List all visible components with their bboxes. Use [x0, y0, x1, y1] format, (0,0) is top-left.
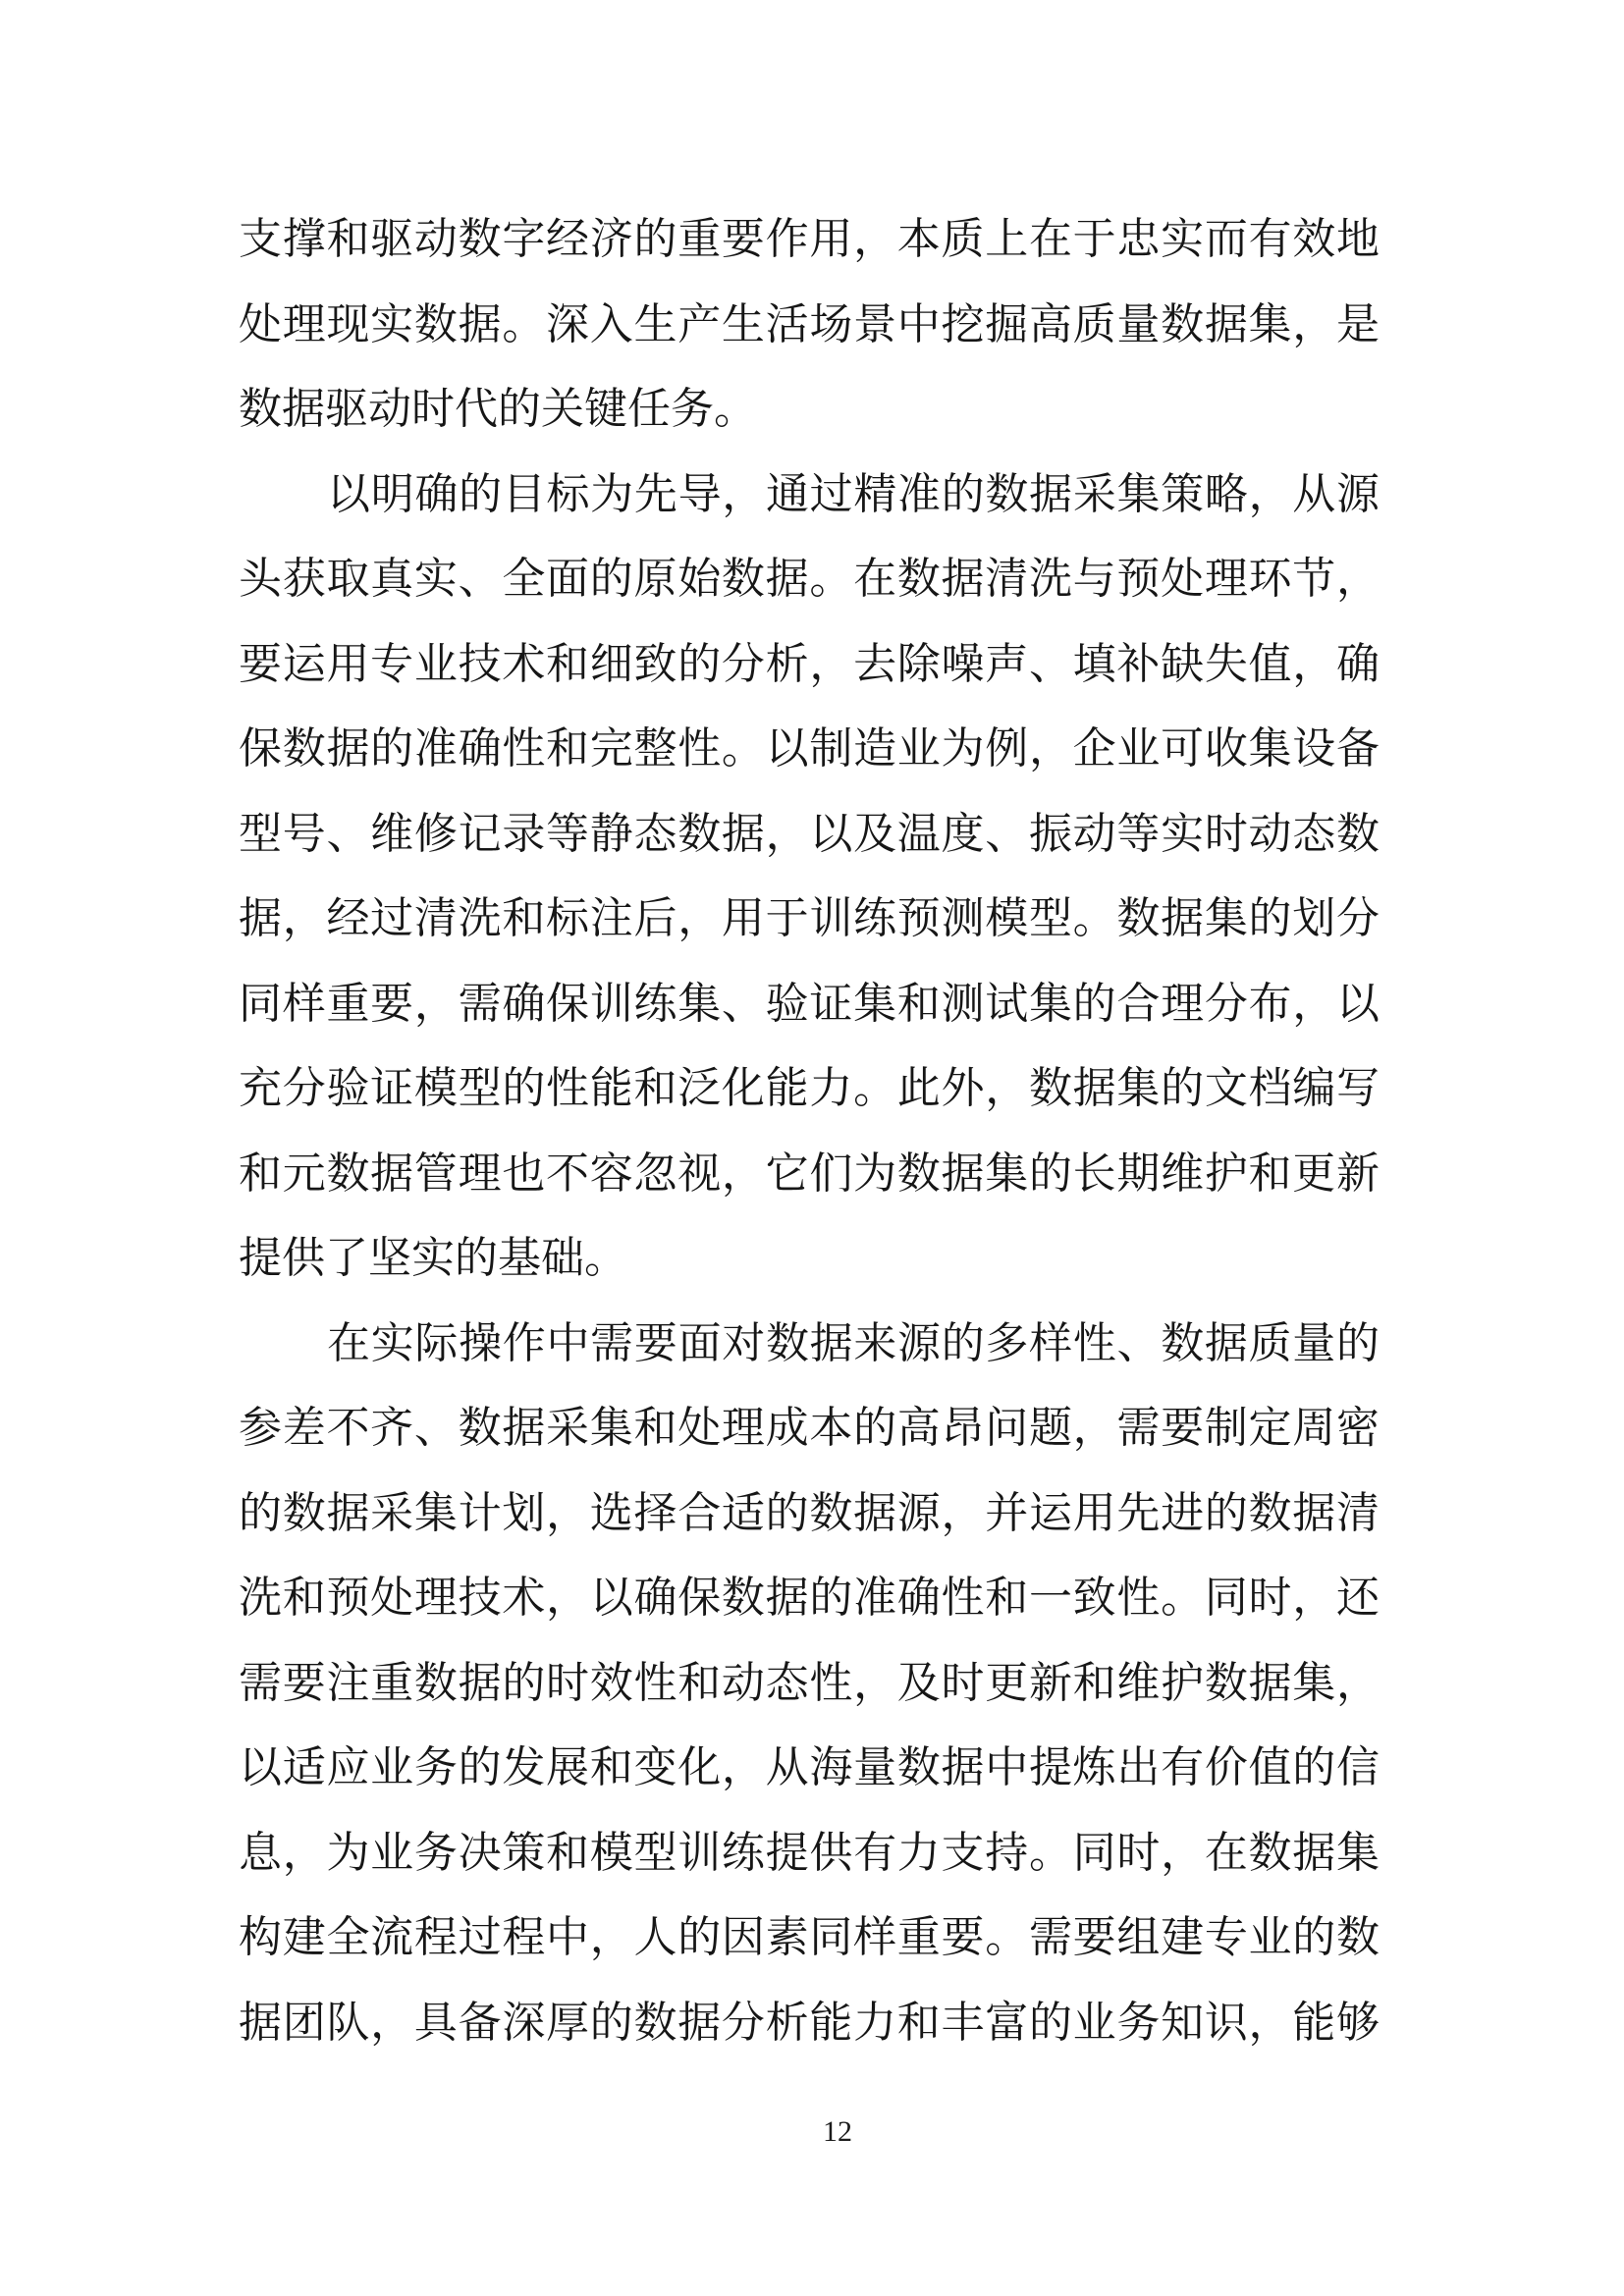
text-line: 要运用专业技术和细致的分析，去除噪声、填补缺失值，确: [239, 622, 1380, 708]
paragraph-2: 以明确的目标为先导，通过精准的数据采集策略，从源 头获取真实、全面的原始数据。在…: [239, 453, 1380, 1302]
text-line: 的数据采集计划，选择合适的数据源，并运用先进的数据清: [239, 1471, 1380, 1557]
text-line: 构建全流程过程中，人的因素同样重要。需要组建专业的数: [239, 1896, 1380, 1981]
text-line: 同样重要，需确保训练集、验证集和测试集的合理分布，以: [239, 962, 1380, 1047]
text-line: 以明确的目标为先导，通过精准的数据采集策略，从源: [239, 453, 1380, 538]
paragraph-3: 在实际操作中需要面对数据来源的多样性、数据质量的 参差不齐、数据采集和处理成本的…: [239, 1302, 1380, 2066]
text-line: 支撑和驱动数字经济的重要作用，本质上在于忠实而有效地: [239, 197, 1380, 283]
text-line: 息，为业务决策和模型训练提供有力支持。同时，在数据集: [239, 1811, 1380, 1896]
text-line: 在实际操作中需要面对数据来源的多样性、数据质量的: [239, 1302, 1380, 1387]
text-line: 数据驱动时代的关键任务。: [239, 367, 1380, 453]
text-line: 和元数据管理也不容忽视，它们为数据集的长期维护和更新: [239, 1132, 1380, 1217]
text-line: 参差不齐、数据采集和处理成本的高昂问题，需要制定周密: [239, 1386, 1380, 1471]
document-page: 支撑和驱动数字经济的重要作用，本质上在于忠实而有效地 处理现实数据。深入生产生活…: [0, 0, 1624, 2296]
text-line: 头获取真实、全面的原始数据。在数据清洗与预处理环节，: [239, 537, 1380, 622]
text-line: 型号、维修记录等静态数据，以及温度、振动等实时动态数: [239, 792, 1380, 878]
text-line: 洗和预处理技术，以确保数据的准确性和一致性。同时，还: [239, 1556, 1380, 1641]
text-line: 据团队，具备深厚的数据分析能力和丰富的业务知识，能够: [239, 1981, 1380, 2066]
text-line: 提供了坚实的基础。: [239, 1216, 1380, 1302]
text-line: 以适应业务的发展和变化，从海量数据中提炼出有价值的信: [239, 1726, 1380, 1811]
page-number: 12: [823, 2117, 852, 2147]
paragraph-1: 支撑和驱动数字经济的重要作用，本质上在于忠实而有效地 处理现实数据。深入生产生活…: [239, 197, 1380, 453]
text-line: 保数据的准确性和完整性。以制造业为例，企业可收集设备: [239, 707, 1380, 792]
body-text: 支撑和驱动数字经济的重要作用，本质上在于忠实而有效地 处理现实数据。深入生产生活…: [239, 197, 1380, 2065]
text-line: 需要注重数据的时效性和动态性，及时更新和维护数据集，: [239, 1641, 1380, 1727]
text-line: 据，经过清洗和标注后，用于训练预测模型。数据集的划分: [239, 877, 1380, 962]
text-line: 充分验证模型的性能和泛化能力。此外，数据集的文档编写: [239, 1046, 1380, 1132]
text-line: 处理现实数据。深入生产生活场景中挖掘高质量数据集，是: [239, 283, 1380, 368]
